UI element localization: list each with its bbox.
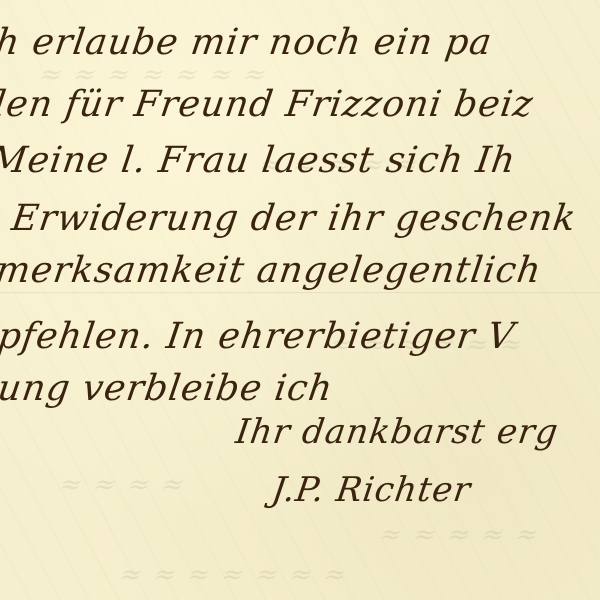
bleed-through-text: ≈ ≈ ≈ ≈ ≈ ≈ ≈ <box>115 560 354 590</box>
bleed-through-text: ≈ ≈ ≈ ≈ ≈ <box>375 520 546 550</box>
letter-line-7: ung verbleibe ich <box>0 368 336 409</box>
bleed-through-text: ≈ ≈ ≈ ≈ <box>55 470 192 500</box>
letter-page: ≈ ≈ ≈ ≈ ≈ ≈ ≈ ≈ ≈ ≈ ≈ ≈ ≈ ≈ ≈ ≈ ≈ ≈ ≈ ≈ … <box>0 0 600 600</box>
letter-line-1: h erlaube mir noch ein pa <box>0 22 495 63</box>
letter-line-2: len für Freund Frizzoni beiz <box>0 84 536 125</box>
letter-line-4: Erwiderung der ihr geschenk <box>9 198 579 239</box>
letter-closing: Ihr dankbarst erg <box>233 412 561 452</box>
letter-line-6: pfehlen. In ehrerbietiger V <box>0 316 518 357</box>
letter-line-3: Meine l. Frau laesst sich Ih <box>0 140 519 181</box>
letter-line-5: merksamkeit angelegentlich <box>0 250 544 291</box>
signature: J.P. Richter <box>269 470 473 510</box>
paper-fold-line <box>0 292 600 294</box>
